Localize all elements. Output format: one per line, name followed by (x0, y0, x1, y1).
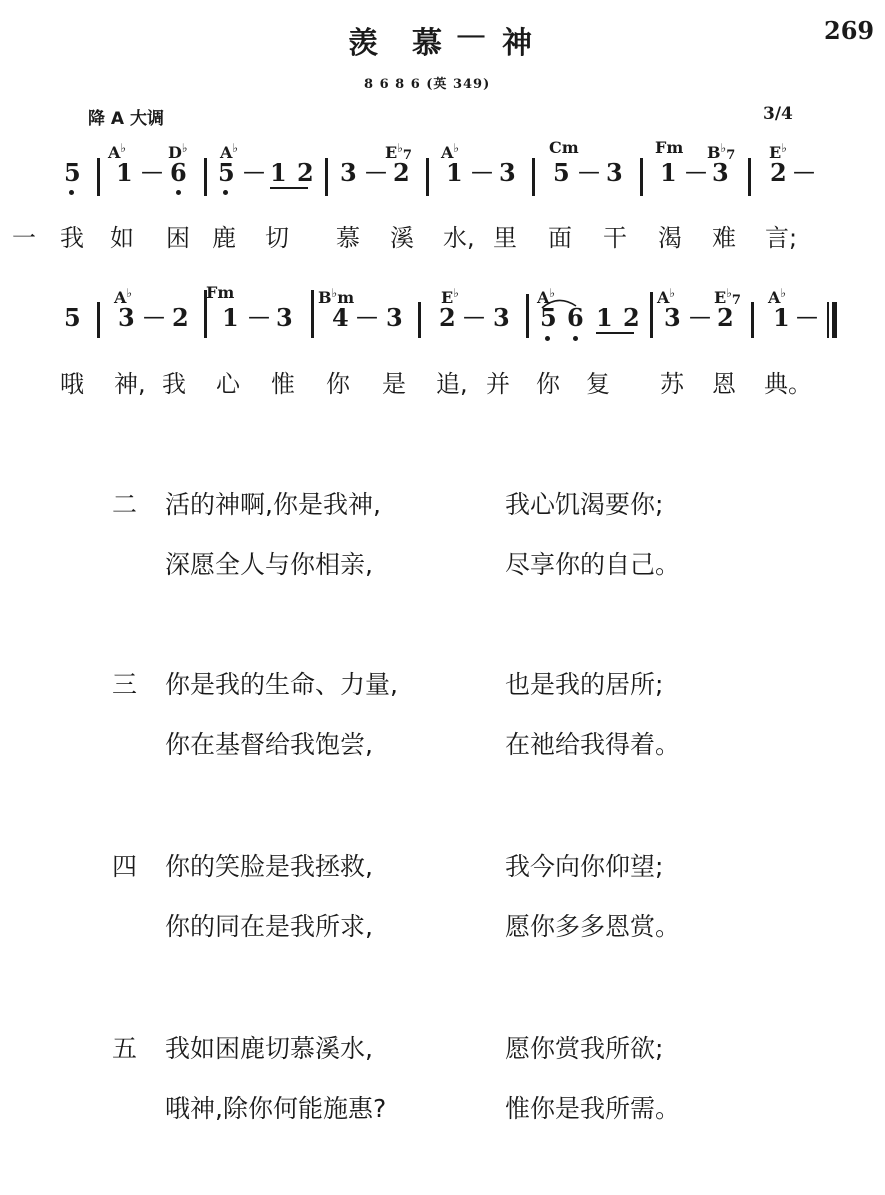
dash: — (689, 306, 711, 330)
bar-line (640, 158, 643, 196)
note: 1 (660, 161, 677, 185)
bar-line (311, 290, 314, 338)
lyric-char: 干 (603, 224, 627, 252)
lyric-char: 困 (166, 224, 190, 252)
bar-line (532, 158, 535, 196)
lyric-char: 恩 (712, 370, 736, 398)
verse-line: 愿你多多恩赏。 (505, 912, 680, 942)
low-octave-dot (69, 190, 74, 195)
note: 3 (499, 161, 516, 185)
low-octave-dot (176, 190, 181, 195)
final-bar-thin (827, 302, 829, 338)
bar-line (751, 302, 754, 338)
title-char: 羡 (348, 18, 378, 62)
final-bar-thick (832, 302, 837, 338)
lyric-char: 苏 (660, 370, 684, 398)
lyric-char: 鹿 (212, 224, 236, 252)
lyric-char: 复 (586, 370, 610, 398)
note: 3 (340, 161, 357, 185)
note: 5 (218, 161, 235, 185)
title-dash: — (456, 18, 486, 53)
verse-number: 一 (12, 224, 36, 252)
lyric-char: 溪 (390, 224, 414, 252)
lyric-char: 并 (486, 370, 510, 398)
key-signature: 降 A 大调 (88, 104, 164, 129)
verse-line: 愿你赏我所欲; (505, 1034, 663, 1064)
bar-line (204, 290, 207, 338)
verse-line: 深愿全人与你相亲, (165, 550, 373, 580)
verse-number: 四 (112, 852, 137, 882)
note: 5 (64, 306, 81, 330)
dash: — (243, 161, 265, 185)
lyric-char: 典。 (764, 370, 812, 398)
dash: — (463, 306, 485, 330)
page-number: 269 (824, 16, 874, 45)
lyric-char: 慕 (336, 224, 360, 252)
bar-line (748, 158, 751, 196)
bar-line (97, 158, 100, 196)
low-octave-dot (223, 190, 228, 195)
low-octave-dot (573, 336, 578, 341)
verse-line: 你的笑脸是我拯救, (165, 852, 373, 882)
chord-symbol: Cm (549, 140, 579, 156)
note: 3 (606, 161, 623, 185)
eighth-underline (596, 332, 634, 334)
dash: — (143, 306, 165, 330)
time-signature: 3/4 (763, 104, 793, 124)
lyric-char: 哦 (60, 370, 84, 398)
meter-info: 8 6 8 6 (英 349) (364, 73, 490, 92)
note: 1 (446, 161, 463, 185)
lyric-char: 难 (712, 224, 736, 252)
lyric-char: 切 (265, 224, 289, 252)
note: 1 (773, 306, 790, 330)
note: 6 (567, 306, 584, 330)
verse-number: 三 (112, 670, 137, 700)
dash: — (578, 161, 600, 185)
lyric-char: 你 (536, 370, 560, 398)
bar-line (426, 158, 429, 196)
note: 3 (118, 306, 135, 330)
dash: — (356, 306, 378, 330)
eighth-underline (270, 187, 308, 189)
note: 3 (712, 161, 729, 185)
lyric-char: 里 (493, 224, 517, 252)
verse-line: 我心饥渴要你; (505, 490, 663, 520)
dash: — (793, 161, 815, 185)
note: 5 (540, 306, 557, 330)
verse-line: 活的神啊,你是我神, (165, 490, 381, 520)
verse-line: 你在基督给我饱尝, (165, 730, 373, 760)
lyric-char: 你 (326, 370, 350, 398)
note: 3 (276, 306, 293, 330)
note: 4 (332, 306, 349, 330)
dash: — (141, 161, 163, 185)
note: 1 (116, 161, 133, 185)
note: 6 (170, 161, 187, 185)
lyric-char: 我 (60, 224, 84, 252)
verse-line: 也是我的居所; (505, 670, 663, 700)
verse-line: 在祂给我得着。 (505, 730, 680, 760)
note: 3 (386, 306, 403, 330)
lyric-char: 我 (162, 370, 186, 398)
verse-line: 你的同在是我所求, (165, 912, 373, 942)
verse-line: 哦神,除你何能施惠? (165, 1094, 386, 1124)
bar-line (97, 302, 100, 338)
title-char: 慕 (412, 18, 442, 62)
low-octave-dot (545, 336, 550, 341)
eighth-notes: 1 2 (270, 161, 315, 185)
bar-line (418, 302, 421, 338)
eighth-notes: 1 2 (596, 306, 641, 330)
verse-line: 尽享你的自己。 (505, 550, 680, 580)
note: 2 (393, 161, 410, 185)
lyric-char: 惟 (271, 370, 295, 398)
lyric-char: 如 (110, 224, 134, 252)
lyric-char: 渴 (658, 224, 682, 252)
note: 3 (493, 306, 510, 330)
lyric-char: 言; (765, 224, 797, 252)
verse-line: 我如困鹿切慕溪水, (165, 1034, 373, 1064)
verse-number: 二 (112, 490, 137, 520)
note: 3 (664, 306, 681, 330)
lyric-char: 心 (216, 370, 240, 398)
dash: — (685, 161, 707, 185)
note: 5 (553, 161, 570, 185)
verse-line: 我今向你仰望; (505, 852, 663, 882)
lyric-char: 追, (436, 370, 468, 398)
lyric-char: 神, (114, 370, 146, 398)
dash: — (796, 306, 818, 330)
verse-line: 惟你是我所需。 (505, 1094, 680, 1124)
note: 2 (717, 306, 734, 330)
lyric-char: 水, (443, 224, 475, 252)
bar-line (526, 294, 529, 338)
bar-line (204, 158, 207, 196)
note: 1 (222, 306, 239, 330)
note: 2 (172, 306, 189, 330)
verse-line: 你是我的生命、力量, (165, 670, 398, 700)
bar-line (650, 292, 653, 338)
dash: — (365, 161, 387, 185)
note: 2 (770, 161, 787, 185)
bar-line (325, 158, 328, 196)
dash: — (471, 161, 493, 185)
note: 2 (439, 306, 456, 330)
note: 5 (64, 161, 81, 185)
verse-number: 五 (112, 1034, 137, 1064)
title-char: 神 (502, 18, 532, 62)
lyric-char: 面 (548, 224, 572, 252)
dash: — (248, 306, 270, 330)
chord-symbol: Fm (655, 140, 683, 156)
lyric-char: 是 (382, 370, 406, 398)
chord-symbol: Fm (206, 285, 234, 301)
